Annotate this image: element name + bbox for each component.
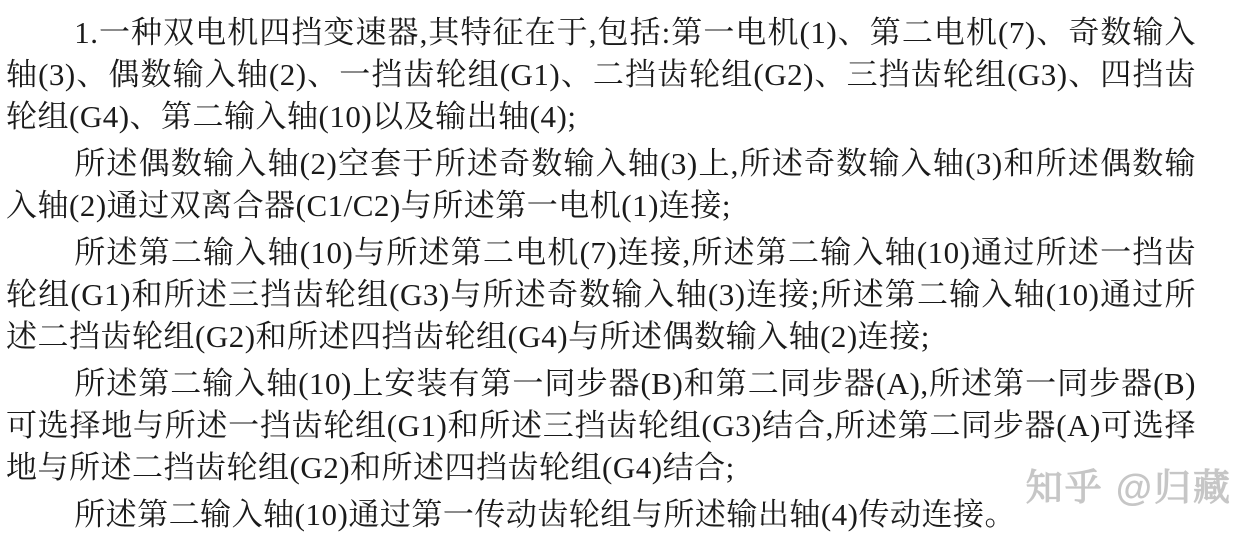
claim-paragraph-preamble: 1.一种双电机四挡变速器,其特征在于,包括:第一电机(1)、第二电机(7)、奇数… [6,12,1196,138]
claim-paragraph-even-shaft: 所述偶数输入轴(2)空套于所述奇数输入轴(3)上,所述奇数输入轴(3)和所述偶数… [6,143,1196,227]
claim-paragraph-synchronizers: 所述第二输入轴(10)上安装有第一同步器(B)和第二同步器(A),所述第一同步器… [6,363,1196,489]
zhihu-watermark: 知乎 @归藏 [1026,457,1232,511]
claim-paragraph-second-input-shaft: 所述第二输入轴(10)与所述第二电机(7)连接,所述第二输入轴(10)通过所述一… [6,232,1196,358]
claim-paragraph-output-shaft: 所述第二输入轴(10)通过第一传动齿轮组与所述输出轴(4)传动连接。 [6,494,1196,536]
patent-claim-document: 1.一种双电机四挡变速器,其特征在于,包括:第一电机(1)、第二电机(7)、奇数… [6,12,1196,536]
